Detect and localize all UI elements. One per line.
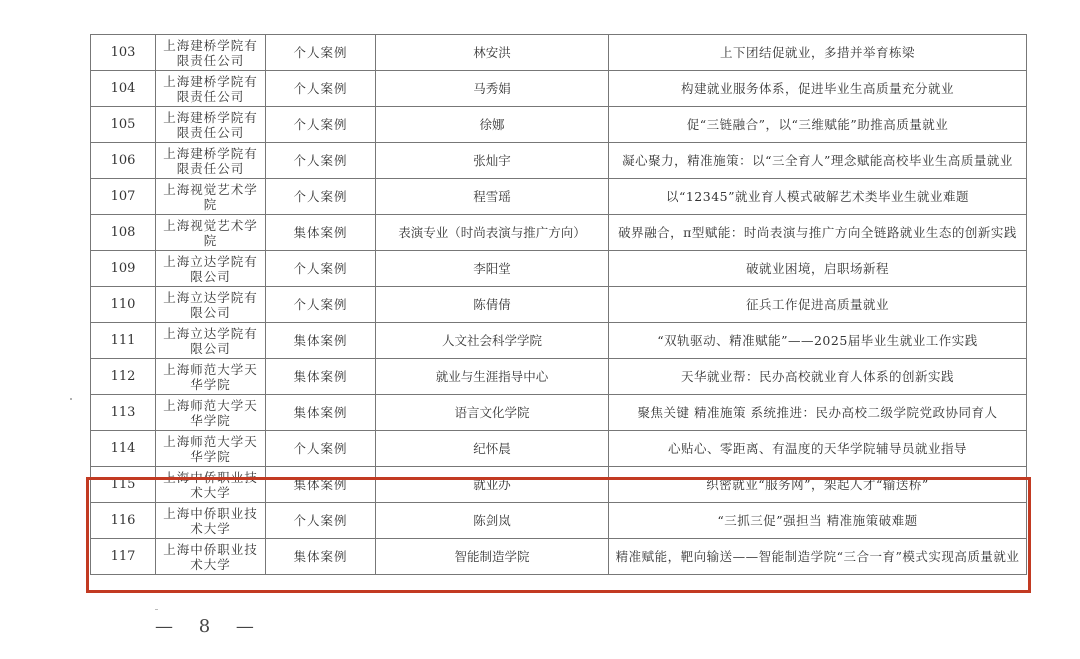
table-row: 106上海建桥学院有限责任公司个人案例张灿宇凝心聚力，精准施策：以“三全育人”理…: [91, 143, 1027, 179]
row-number-cell: 105: [91, 107, 156, 143]
scan-speck: [155, 609, 158, 610]
case-title-cell: 织密就业“服务网”，架起人才“输送桥”: [609, 467, 1027, 503]
table-row: 116上海中侨职业技术大学个人案例陈剑岚“三抓三促”强担当 精准施策破难题: [91, 503, 1027, 539]
school-name-cell: 上海师范大学天华学院: [156, 431, 266, 467]
page-number: — 8 —: [155, 616, 264, 637]
case-title-cell: 促“三链融合”，以“三维赋能”助推高质量就业: [609, 107, 1027, 143]
row-number-cell: 108: [91, 215, 156, 251]
school-name-cell: 上海建桥学院有限责任公司: [156, 107, 266, 143]
case-title-cell: “双轨驱动、精准赋能”——2025届毕业生就业工作实践: [609, 323, 1027, 359]
row-number-cell: 107: [91, 179, 156, 215]
unit-or-person-cell: 陈剑岚: [376, 503, 609, 539]
unit-or-person-cell: 智能制造学院: [376, 539, 609, 575]
table-row: 108上海视觉艺术学院集体案例表演专业（时尚表演与推广方向）破界融合，π型赋能：…: [91, 215, 1027, 251]
scan-speck: [70, 398, 72, 400]
unit-or-person-cell: 程雪瑶: [376, 179, 609, 215]
row-number-cell: 116: [91, 503, 156, 539]
row-number-cell: 114: [91, 431, 156, 467]
table-row: 117上海中侨职业技术大学集体案例智能制造学院精准赋能，靶向输送——智能制造学院…: [91, 539, 1027, 575]
school-name-cell: 上海建桥学院有限责任公司: [156, 71, 266, 107]
case-type-cell: 个人案例: [266, 107, 376, 143]
case-title-cell: “三抓三促”强担当 精准施策破难题: [609, 503, 1027, 539]
unit-or-person-cell: 人文社会科学学院: [376, 323, 609, 359]
unit-or-person-cell: 马秀娟: [376, 71, 609, 107]
case-title-cell: 征兵工作促进高质量就业: [609, 287, 1027, 323]
unit-or-person-cell: 林安洪: [376, 35, 609, 71]
table-row: 103上海建桥学院有限责任公司个人案例林安洪上下团结促就业，多措并举育栋梁: [91, 35, 1027, 71]
case-type-cell: 集体案例: [266, 467, 376, 503]
table-row: 107上海视觉艺术学院个人案例程雪瑶以“12345”就业育人模式破解艺术类毕业生…: [91, 179, 1027, 215]
school-name-cell: 上海视觉艺术学院: [156, 179, 266, 215]
row-number-cell: 103: [91, 35, 156, 71]
row-number-cell: 106: [91, 143, 156, 179]
case-title-cell: 破就业困境，启职场新程: [609, 251, 1027, 287]
case-title-cell: 以“12345”就业育人模式破解艺术类毕业生就业难题: [609, 179, 1027, 215]
case-type-cell: 集体案例: [266, 359, 376, 395]
unit-or-person-cell: 徐娜: [376, 107, 609, 143]
case-type-cell: 个人案例: [266, 251, 376, 287]
unit-or-person-cell: 就业与生涯指导中心: [376, 359, 609, 395]
case-type-cell: 个人案例: [266, 71, 376, 107]
table-row: 113上海师范大学天华学院集体案例语言文化学院聚焦关键 精准施策 系统推进：民办…: [91, 395, 1027, 431]
case-type-cell: 集体案例: [266, 215, 376, 251]
unit-or-person-cell: 表演专业（时尚表演与推广方向）: [376, 215, 609, 251]
unit-or-person-cell: 李阳堂: [376, 251, 609, 287]
row-number-cell: 115: [91, 467, 156, 503]
case-title-cell: 破界融合，π型赋能：时尚表演与推广方向全链路就业生态的创新实践: [609, 215, 1027, 251]
case-list-table: 103上海建桥学院有限责任公司个人案例林安洪上下团结促就业，多措并举育栋梁104…: [90, 34, 1027, 575]
case-title-cell: 上下团结促就业，多措并举育栋梁: [609, 35, 1027, 71]
case-title-cell: 构建就业服务体系，促进毕业生高质量充分就业: [609, 71, 1027, 107]
table-row: 111上海立达学院有限公司集体案例人文社会科学学院“双轨驱动、精准赋能”——20…: [91, 323, 1027, 359]
row-number-cell: 112: [91, 359, 156, 395]
school-name-cell: 上海师范大学天华学院: [156, 395, 266, 431]
case-type-cell: 集体案例: [266, 395, 376, 431]
row-number-cell: 110: [91, 287, 156, 323]
school-name-cell: 上海中侨职业技术大学: [156, 467, 266, 503]
table-row: 115上海中侨职业技术大学集体案例就业办织密就业“服务网”，架起人才“输送桥”: [91, 467, 1027, 503]
unit-or-person-cell: 语言文化学院: [376, 395, 609, 431]
case-type-cell: 集体案例: [266, 539, 376, 575]
case-type-cell: 个人案例: [266, 503, 376, 539]
table-row: 114上海师范大学天华学院个人案例纪怀晨心贴心、零距离、有温度的天华学院辅导员就…: [91, 431, 1027, 467]
row-number-cell: 109: [91, 251, 156, 287]
case-type-cell: 个人案例: [266, 431, 376, 467]
table-row: 104上海建桥学院有限责任公司个人案例马秀娟构建就业服务体系，促进毕业生高质量充…: [91, 71, 1027, 107]
case-title-cell: 天华就业帮：民办高校就业育人体系的创新实践: [609, 359, 1027, 395]
unit-or-person-cell: 张灿宇: [376, 143, 609, 179]
school-name-cell: 上海中侨职业技术大学: [156, 539, 266, 575]
case-type-cell: 集体案例: [266, 323, 376, 359]
school-name-cell: 上海立达学院有限公司: [156, 323, 266, 359]
table-body: 103上海建桥学院有限责任公司个人案例林安洪上下团结促就业，多措并举育栋梁104…: [91, 35, 1027, 575]
table-row: 109上海立达学院有限公司个人案例李阳堂破就业困境，启职场新程: [91, 251, 1027, 287]
case-type-cell: 个人案例: [266, 35, 376, 71]
unit-or-person-cell: 就业办: [376, 467, 609, 503]
case-type-cell: 个人案例: [266, 287, 376, 323]
row-number-cell: 104: [91, 71, 156, 107]
case-title-cell: 心贴心、零距离、有温度的天华学院辅导员就业指导: [609, 431, 1027, 467]
case-title-cell: 聚焦关键 精准施策 系统推进：民办高校二级学院党政协同育人: [609, 395, 1027, 431]
case-title-cell: 精准赋能，靶向输送——智能制造学院“三合一育”模式实现高质量就业: [609, 539, 1027, 575]
school-name-cell: 上海师范大学天华学院: [156, 359, 266, 395]
school-name-cell: 上海立达学院有限公司: [156, 287, 266, 323]
case-type-cell: 个人案例: [266, 143, 376, 179]
case-title-cell: 凝心聚力，精准施策：以“三全育人”理念赋能高校毕业生高质量就业: [609, 143, 1027, 179]
school-name-cell: 上海视觉艺术学院: [156, 215, 266, 251]
case-list-table-container: 103上海建桥学院有限责任公司个人案例林安洪上下团结促就业，多措并举育栋梁104…: [90, 34, 1026, 575]
table-row: 112上海师范大学天华学院集体案例就业与生涯指导中心天华就业帮：民办高校就业育人…: [91, 359, 1027, 395]
school-name-cell: 上海建桥学院有限责任公司: [156, 143, 266, 179]
school-name-cell: 上海建桥学院有限责任公司: [156, 35, 266, 71]
row-number-cell: 113: [91, 395, 156, 431]
table-row: 110上海立达学院有限公司个人案例陈倩倩征兵工作促进高质量就业: [91, 287, 1027, 323]
unit-or-person-cell: 陈倩倩: [376, 287, 609, 323]
case-type-cell: 个人案例: [266, 179, 376, 215]
school-name-cell: 上海中侨职业技术大学: [156, 503, 266, 539]
unit-or-person-cell: 纪怀晨: [376, 431, 609, 467]
row-number-cell: 111: [91, 323, 156, 359]
table-row: 105上海建桥学院有限责任公司个人案例徐娜促“三链融合”，以“三维赋能”助推高质…: [91, 107, 1027, 143]
row-number-cell: 117: [91, 539, 156, 575]
school-name-cell: 上海立达学院有限公司: [156, 251, 266, 287]
